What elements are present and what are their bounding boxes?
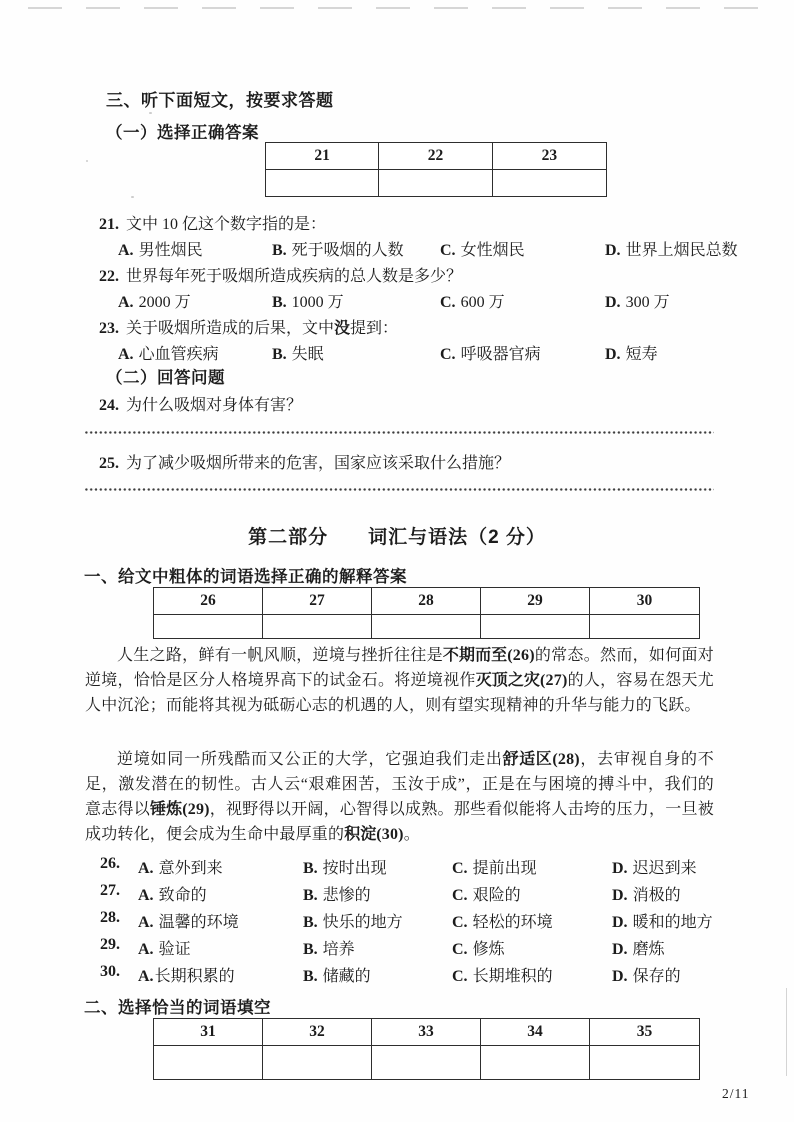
option-23-b: B.失眠: [272, 341, 324, 364]
question-24-number: 24.: [99, 397, 119, 414]
answer-table-21-23: 21 22 23: [265, 142, 607, 197]
bold-term-28: 舒适区: [503, 751, 553, 768]
option-30-a: A.长期积累的: [138, 963, 235, 986]
answer-table-header-22: 22: [379, 143, 492, 170]
option-28-c: C.轻松的环境: [452, 909, 553, 932]
answer-cell-23: [493, 170, 606, 196]
answer-cell-30: [590, 615, 699, 638]
option-28-d: D.暖和的地方: [612, 909, 713, 932]
question-25-number: 25.: [99, 455, 119, 472]
answer-table-header-34: 34: [481, 1019, 590, 1046]
answer-cell-32: [263, 1046, 372, 1079]
option-22-d: D.300 万: [605, 289, 670, 312]
question-24: 24.为什么吸烟对身体有害？: [99, 392, 302, 415]
question-23-number: 23.: [99, 320, 119, 337]
option-21-c: C.女性烟民: [440, 237, 525, 260]
scan-speck: [131, 196, 134, 198]
answer-cell-29: [481, 615, 590, 638]
option-21-b: B.死于吸烟的人数: [272, 237, 404, 260]
option-23-a: A.心血管疾病: [118, 341, 219, 364]
option-30-d: D.保存的: [612, 963, 681, 986]
question-28-options: 28. A.温馨的环境 B.快乐的地方 C.轻松的环境 D.暖和的地方: [0, 909, 794, 933]
answer-table-header-32: 32: [263, 1019, 372, 1046]
answer-table-header-21: 21: [266, 143, 379, 170]
option-29-a: A.验证: [138, 936, 191, 959]
option-30-b: B.储藏的: [303, 963, 371, 986]
section-3-heading: 三、听下面短文，按要求答题: [106, 86, 334, 111]
question-26-options: 26. A.意外到来 B.按时出现 C.提前出现 D.迟迟到来: [0, 855, 794, 879]
answer-table-header-26: 26: [154, 588, 263, 615]
option-30-c: C.长期堆积的: [452, 963, 553, 986]
question-22-number: 22.: [99, 268, 119, 285]
answer-table-26-30: 26 27 28 29 30: [153, 587, 700, 639]
question-21-stem: 21.文中 10 亿这个数字指的是：: [99, 211, 326, 234]
answer-table-header-30: 30: [590, 588, 699, 615]
answer-table-header-33: 33: [372, 1019, 481, 1046]
option-26-c: C.提前出现: [452, 855, 537, 878]
question-27-number: 27.: [100, 882, 120, 900]
term-ref-29: (29): [182, 801, 209, 818]
subsection-2-heading: （二）回答问题: [106, 364, 225, 388]
page-number: 2/11: [722, 1086, 750, 1102]
option-21-a: A.男性烟民: [118, 237, 203, 260]
passage-paragraph-1: 人生之路，鲜有一帆风顺，逆境与挫折往往是不期而至(26)的常态。然而，如何面对逆…: [85, 643, 714, 718]
question-27-options: 27. A.致命的 B.悲惨的 C.艰险的 D.消极的: [0, 882, 794, 906]
option-21-d: D.世界上烟民总数: [605, 237, 738, 260]
answer-table-header-35: 35: [590, 1019, 699, 1046]
question-30-number: 30.: [100, 963, 120, 981]
option-27-d: D.消极的: [612, 882, 681, 905]
answer-table-header-27: 27: [263, 588, 372, 615]
option-22-b: B.1000 万: [272, 289, 344, 312]
question-23-stem: 23.关于吸烟所造成的后果，文中没提到：: [99, 315, 398, 338]
option-29-b: B.培养: [303, 936, 355, 959]
vocab-section-1-heading: 一、给文中粗体的词语选择正确的解释答案: [84, 563, 407, 587]
question-21-options: A.男性烟民 B.死于吸烟的人数 C.女性烟民 D.世界上烟民总数: [0, 237, 794, 261]
answer-cell-22: [379, 170, 492, 196]
bold-term-27: 灭顶之灾: [476, 672, 540, 689]
answer-table-31-35: 31 32 33 34 35: [153, 1018, 700, 1080]
option-22-a: A.2000 万: [118, 289, 191, 312]
question-25: 25.为了减少吸烟所带来的危害，国家应该采取什么措施？: [99, 450, 510, 473]
option-23-d: D.短寿: [605, 341, 658, 364]
answer-line-24: [85, 431, 714, 434]
scan-speck: [149, 112, 152, 114]
answer-table-header-31: 31: [154, 1019, 263, 1046]
question-26-number: 26.: [100, 855, 120, 873]
option-27-b: B.悲惨的: [303, 882, 371, 905]
option-28-b: B.快乐的地方: [303, 909, 403, 932]
bold-term-30: 积淀: [344, 826, 376, 843]
answer-cell-21: [266, 170, 379, 196]
question-21-number: 21.: [99, 216, 119, 233]
option-26-a: A.意外到来: [138, 855, 223, 878]
option-27-a: A.致命的: [138, 882, 207, 905]
vocab-section-2-heading: 二、选择恰当的词语填空: [84, 994, 271, 1018]
question-28-number: 28.: [100, 909, 120, 927]
answer-cell-33: [372, 1046, 481, 1079]
bold-term-29: 锤炼: [150, 801, 182, 818]
exam-page: 三、听下面短文，按要求答题 （一）选择正确答案 21 22 23 21.文中 1…: [0, 0, 794, 1122]
term-ref-28: (28): [552, 751, 579, 768]
term-ref-27: (27): [540, 672, 567, 689]
question-29-number: 29.: [100, 936, 120, 954]
answer-cell-31: [154, 1046, 263, 1079]
answer-cell-27: [263, 615, 372, 638]
option-26-d: D.迟迟到来: [612, 855, 697, 878]
answer-cell-28: [372, 615, 481, 638]
term-ref-26: (26): [507, 647, 534, 664]
part-2-title: 第二部分 词汇与语法（2 分）: [0, 522, 794, 549]
scan-artifact-topline: [28, 7, 772, 9]
option-28-a: A.温馨的环境: [138, 909, 239, 932]
answer-cell-26: [154, 615, 263, 638]
question-23-options: A.心血管疾病 B.失眠 C.呼吸器官病 D.短寿: [0, 341, 794, 365]
answer-table-header-29: 29: [481, 588, 590, 615]
term-ref-30: (30): [376, 826, 403, 843]
option-22-c: C.600 万: [440, 289, 505, 312]
question-22-options: A.2000 万 B.1000 万 C.600 万 D.300 万: [0, 289, 794, 313]
subsection-1-heading: （一）选择正确答案: [106, 119, 259, 143]
option-23-c: C.呼吸器官病: [440, 341, 541, 364]
scan-speck: [86, 160, 88, 162]
answer-cell-35: [590, 1046, 699, 1079]
question-23-bold-word: 没: [334, 320, 350, 337]
question-22-stem: 22.世界每年死于吸烟所造成疾病的总人数是多少？: [99, 263, 462, 286]
option-29-c: C.修炼: [452, 936, 505, 959]
bold-term-26: 不期而至: [443, 647, 507, 664]
option-26-b: B.按时出现: [303, 855, 387, 878]
passage-paragraph-2: 逆境如同一所残酷而又公正的大学，它强迫我们走出舒适区(28)，去审视自身的不足，…: [85, 747, 714, 847]
option-29-d: D.磨炼: [612, 936, 665, 959]
scan-artifact-page-edge: [786, 988, 787, 1076]
question-29-options: 29. A.验证 B.培养 C.修炼 D.磨炼: [0, 936, 794, 960]
answer-table-header-23: 23: [493, 143, 606, 170]
answer-line-25: [85, 488, 714, 491]
answer-cell-34: [481, 1046, 590, 1079]
question-30-options: 30. A.长期积累的 B.储藏的 C.长期堆积的 D.保存的: [0, 963, 794, 987]
answer-table-header-28: 28: [372, 588, 481, 615]
option-27-c: C.艰险的: [452, 882, 521, 905]
